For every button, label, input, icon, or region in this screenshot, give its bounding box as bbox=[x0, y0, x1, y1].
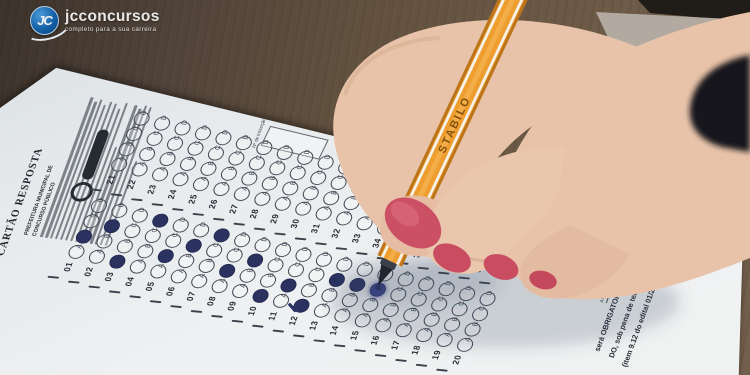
jc-badge-icon: JC bbox=[30, 6, 59, 35]
hand-and-pen-overlay: STABILO bbox=[0, 0, 750, 375]
brand-tagline: completo para a sua carreira bbox=[65, 27, 160, 33]
watermark-logo: JC jcconcursos completo para a sua carre… bbox=[30, 6, 160, 35]
brand-text: jcconcursos bbox=[65, 8, 160, 26]
photo-answer-sheet-scene: { "watermark": { "badge_text": "JC", "br… bbox=[0, 0, 750, 375]
